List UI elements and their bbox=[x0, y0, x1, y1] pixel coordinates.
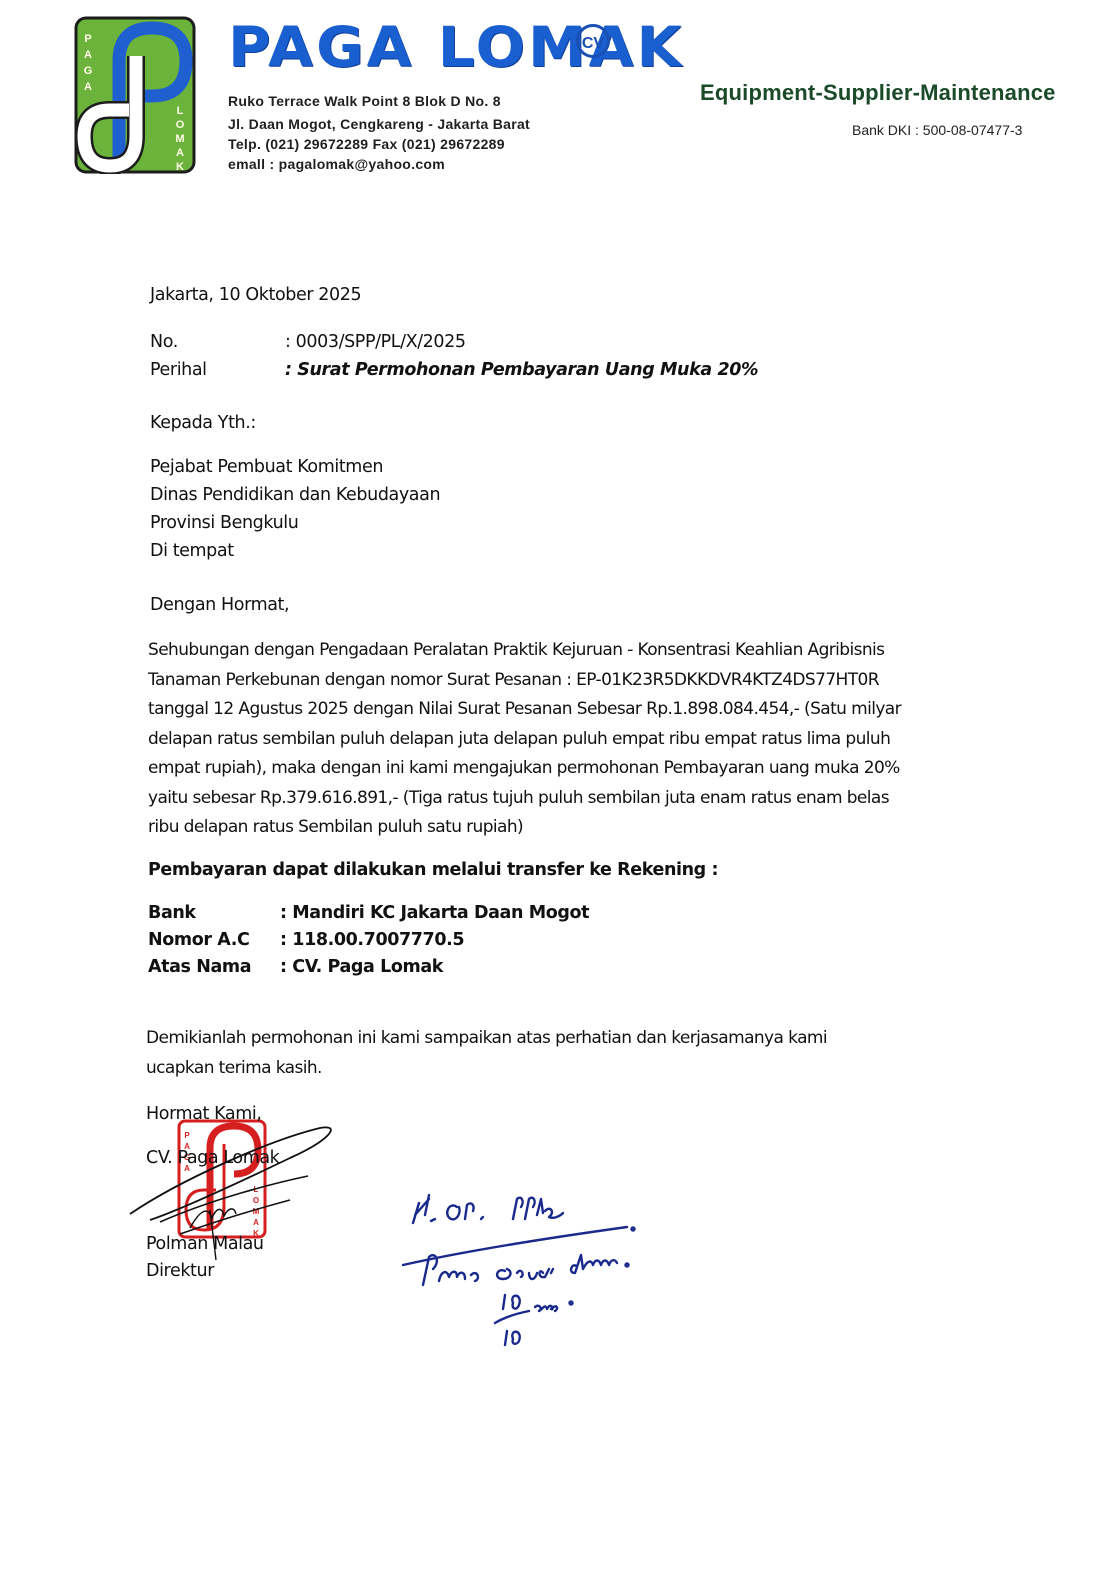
svg-text:A: A bbox=[84, 49, 92, 61]
handwritten-note bbox=[395, 1185, 695, 1365]
body-line: delapan ratus sembilan puluh delapan jut… bbox=[148, 725, 966, 755]
svg-text:K: K bbox=[176, 161, 184, 173]
logo-letter: P bbox=[84, 33, 91, 45]
payment-label: Nomor A.C bbox=[148, 927, 280, 954]
svg-text:A: A bbox=[176, 147, 184, 159]
meta-label: No. bbox=[150, 328, 285, 356]
closing-paragraph: Demikianlah permohonan ini kami sampaika… bbox=[146, 1024, 964, 1083]
address-line: Jl. Daan Mogot, Cengkareng - Jakarta Bar… bbox=[228, 116, 530, 132]
svg-text:A: A bbox=[84, 81, 92, 93]
payment-row-holder: Atas Nama : CV. Paga Lomak bbox=[148, 954, 589, 981]
payment-label: Atas Nama bbox=[148, 954, 280, 981]
cv-badge: CV bbox=[576, 24, 610, 58]
recipient-block: Pejabat Pembuat Komitmen Dinas Pendidika… bbox=[150, 453, 440, 565]
recipient-line: Provinsi Bengkulu bbox=[150, 509, 440, 537]
address-line: Ruko Terrace Walk Point 8 Blok D No. 8 bbox=[228, 93, 501, 109]
meta-label: Perihal bbox=[150, 356, 285, 384]
meta-subject: Perihal : Surat Permohonan Pembayaran Ua… bbox=[150, 356, 758, 384]
payment-intro: Pembayaran dapat dilakukan melalui trans… bbox=[148, 856, 718, 884]
salutation: Dengan Hormat, bbox=[150, 591, 289, 619]
payment-row-bank: Bank : Mandiri KC Jakarta Daan Mogot bbox=[148, 900, 589, 927]
svg-text:G: G bbox=[84, 65, 93, 77]
closing-line: ucapkan terima kasih. bbox=[146, 1054, 964, 1084]
body-line: yaitu sebesar Rp.379.616.891,- (Tiga rat… bbox=[148, 784, 966, 814]
letter-meta: No. : 0003/SPP/PL/X/2025 Perihal : Surat… bbox=[150, 328, 758, 384]
payment-label: Bank bbox=[148, 900, 280, 927]
payment-details: Bank : Mandiri KC Jakarta Daan Mogot Nom… bbox=[148, 900, 589, 981]
company-logo: P A G A L O M A K bbox=[74, 16, 196, 174]
phone-line: Telp. (021) 29672289 Fax (021) 29672289 bbox=[228, 136, 505, 152]
recipient-line: Di tempat bbox=[150, 537, 440, 565]
email-line: emall : pagalomak@yahoo.com bbox=[228, 156, 445, 172]
recipient-line: Dinas Pendidikan dan Kebudayaan bbox=[150, 481, 440, 509]
meta-value: : 0003/SPP/PL/X/2025 bbox=[285, 328, 466, 356]
svg-text:M: M bbox=[175, 133, 184, 145]
place-date: Jakarta, 10 Oktober 2025 bbox=[150, 281, 361, 309]
payment-row-account: Nomor A.C : 118.00.7007770.5 bbox=[148, 927, 589, 954]
recipient-intro: Kepada Yth.: bbox=[150, 409, 256, 437]
body-line: Tanaman Perkebunan dengan nomor Surat Pe… bbox=[148, 666, 966, 696]
signer-name: Polman Malau bbox=[146, 1230, 264, 1258]
body-line: Sehubungan dengan Pengadaan Peralatan Pr… bbox=[148, 636, 966, 666]
body-line: ribu delapan ratus Sembilan puluh satu r… bbox=[148, 813, 966, 843]
svg-text:O: O bbox=[176, 119, 185, 131]
body-paragraph: Sehubungan dengan Pengadaan Peralatan Pr… bbox=[148, 636, 966, 843]
body-line: tanggal 12 Agustus 2025 dengan Nilai Sur… bbox=[148, 695, 966, 725]
tagline: Equipment-Supplier-Maintenance bbox=[700, 80, 1056, 106]
meta-number: No. : 0003/SPP/PL/X/2025 bbox=[150, 328, 758, 356]
payment-value: : Mandiri KC Jakarta Daan Mogot bbox=[280, 900, 589, 927]
company-name: PAGA LOMAK bbox=[228, 19, 685, 74]
closing-line: Demikianlah permohonan ini kami sampaika… bbox=[146, 1024, 964, 1054]
signer-title: Direktur bbox=[146, 1257, 214, 1285]
payment-value: : 118.00.7007770.5 bbox=[280, 927, 464, 954]
payment-value: : CV. Paga Lomak bbox=[280, 954, 443, 981]
recipient-line: Pejabat Pembuat Komitmen bbox=[150, 453, 440, 481]
subject-value: : Surat Permohonan Pembayaran Uang Muka … bbox=[285, 356, 758, 384]
body-line: empat rupiah), maka dengan ini kami meng… bbox=[148, 754, 966, 784]
svg-text:L: L bbox=[177, 105, 184, 117]
bank-info: Bank DKI : 500-08-07477-3 bbox=[852, 122, 1022, 138]
